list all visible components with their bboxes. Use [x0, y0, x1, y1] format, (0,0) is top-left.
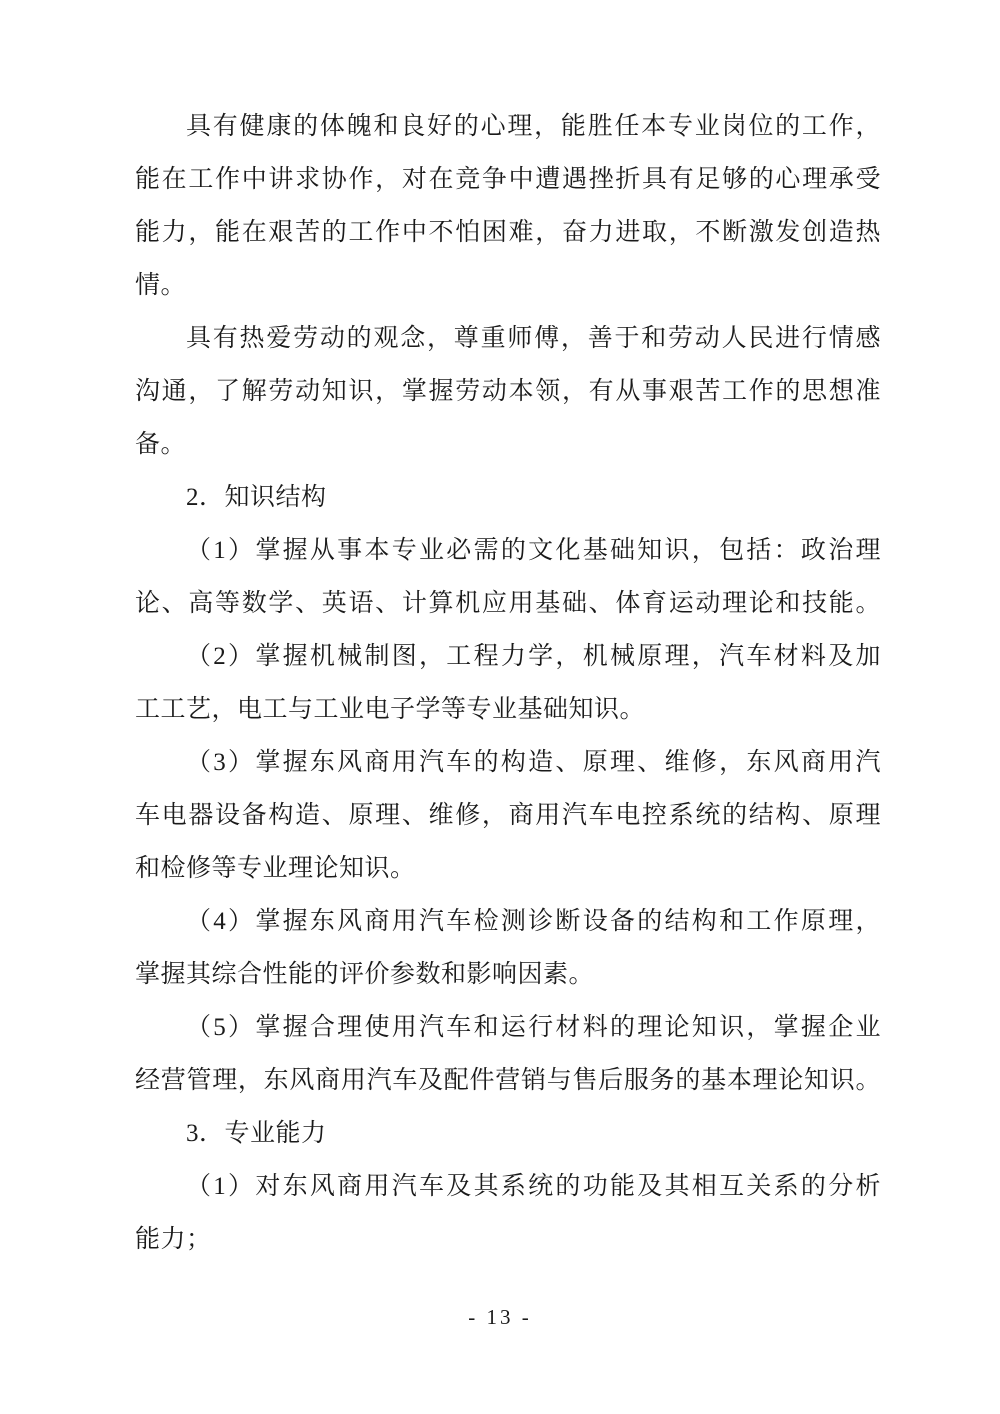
knowledge-item-2-line-2: 工工艺，电工与工业电子学等专业基础知识。 [135, 683, 881, 736]
intro-paragraph-health-line-3: 能力，能在艰苦的工作中不怕困难，奋力进取，不断激发创造热 [135, 206, 881, 259]
heading-2-knowledge-structure-line-1: 2．知识结构 [135, 471, 881, 524]
knowledge-item-5-line-1: （5）掌握合理使用汽车和运行材料的理论知识，掌握企业 [135, 1001, 881, 1054]
page-number: - 13 - [0, 1302, 1000, 1332]
intro-paragraph-health-line-2: 能在工作中讲求协作，对在竞争中遭遇挫折具有足够的心理承受 [135, 153, 881, 206]
knowledge-item-1-line-1: （1）掌握从事本专业必需的文化基础知识，包括：政治理 [135, 524, 881, 577]
document-page: 具有健康的体魄和良好的心理，能胜任本专业岗位的工作，能在工作中讲求协作，对在竞争… [0, 0, 1000, 1414]
intro-paragraph-health-line-1: 具有健康的体魄和良好的心理，能胜任本专业岗位的工作， [135, 100, 881, 153]
knowledge-item-4-line-1: （4）掌握东风商用汽车检测诊断设备的结构和工作原理， [135, 895, 881, 948]
ability-item-1-line-1: （1）对东风商用汽车及其系统的功能及其相互关系的分析 [135, 1160, 881, 1213]
knowledge-item-1-line-2: 论、高等数学、英语、计算机应用基础、体育运动理论和技能。 [135, 577, 881, 630]
knowledge-item-2-line-1: （2）掌握机械制图，工程力学，机械原理，汽车材料及加 [135, 630, 881, 683]
intro-paragraph-labor-line-2: 沟通，了解劳动知识，掌握劳动本领，有从事艰苦工作的思想准 [135, 365, 881, 418]
knowledge-item-3-line-1: （3）掌握东风商用汽车的构造、原理、维修，东风商用汽 [135, 736, 881, 789]
intro-paragraph-labor-line-1: 具有热爱劳动的观念，尊重师傅，善于和劳动人民进行情感 [135, 312, 881, 365]
heading-3-professional-ability-line-1: 3．专业能力 [135, 1107, 881, 1160]
knowledge-item-3-line-2: 车电器设备构造、原理、维修，商用汽车电控系统的结构、原理 [135, 789, 881, 842]
intro-paragraph-labor-line-3: 备。 [135, 418, 881, 471]
knowledge-item-5-line-2: 经营管理，东风商用汽车及配件营销与售后服务的基本理论知识。 [135, 1054, 881, 1107]
intro-paragraph-health-line-4: 情。 [135, 259, 881, 312]
knowledge-item-3-line-3: 和检修等专业理论知识。 [135, 842, 881, 895]
ability-item-1-line-2: 能力； [135, 1213, 881, 1266]
knowledge-item-4-line-2: 掌握其综合性能的评价参数和影响因素。 [135, 948, 881, 1001]
document-body: 具有健康的体魄和良好的心理，能胜任本专业岗位的工作，能在工作中讲求协作，对在竞争… [135, 100, 881, 1266]
